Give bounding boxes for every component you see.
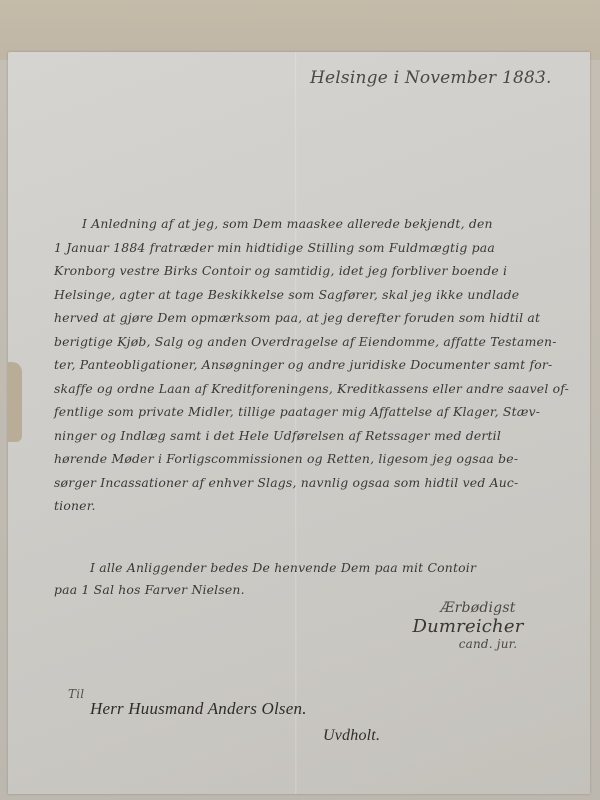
- underlying-sheet: [0, 0, 600, 60]
- body-line: fentlige som private Midler, tillige paa…: [54, 400, 554, 424]
- body-line: berigtige Kjøb, Salg og anden Overdragel…: [54, 330, 554, 354]
- body-line: ter, Panteobligationer, Ansøgninger og a…: [54, 353, 554, 377]
- body-line: paa 1 Sal hos Farver Nielsen.: [54, 579, 554, 601]
- signer-title: cand. jur.: [443, 637, 533, 651]
- body-line: Helsinge, agter at tage Beskikkelse som …: [54, 283, 554, 307]
- body-line: I Anledning af at jeg, som Dem maaskee a…: [54, 212, 554, 236]
- paper-tear: [8, 362, 22, 442]
- letter-body-paragraph-1: I Anledning af at jeg, som Dem maaskee a…: [54, 212, 554, 518]
- body-line: skaffe og ordne Laan af Kreditforeningen…: [54, 377, 554, 401]
- dateline: Helsinge i November 1883.: [310, 68, 552, 88]
- body-line: hørende Møder i Forligscommissionen og R…: [54, 447, 554, 471]
- recipient-place: Uvdholt.: [323, 727, 488, 745]
- body-line: ninger og Indlæg samt i det Hele Udførel…: [54, 424, 554, 448]
- letter-body-paragraph-2: I alle Anliggender bedes De henvende Dem…: [54, 557, 554, 601]
- signature: Dumreicher: [403, 616, 533, 637]
- recipient-name: Herr Huusmand Anders Olsen.: [90, 699, 488, 719]
- letter-page: Helsinge i November 1883. I Anledning af…: [8, 52, 590, 794]
- letter-closing: Ærbødigst Dumreicher cand. jur.: [403, 600, 533, 651]
- recipient-address: Til Herr Huusmand Anders Olsen. Uvdholt.: [68, 687, 488, 745]
- closing-salutation: Ærbødigst: [423, 600, 533, 616]
- body-line: tioner.: [54, 494, 554, 518]
- body-line: Kronborg vestre Birks Contoir og samtidi…: [54, 259, 554, 283]
- body-line: I alle Anliggender bedes De henvende Dem…: [54, 557, 554, 579]
- body-line: sørger Incassationer af enhver Slags, na…: [54, 471, 554, 495]
- body-line: 1 Januar 1884 fratræder min hidtidige St…: [54, 236, 554, 260]
- body-line: herved at gjøre Dem opmærksom paa, at je…: [54, 306, 554, 330]
